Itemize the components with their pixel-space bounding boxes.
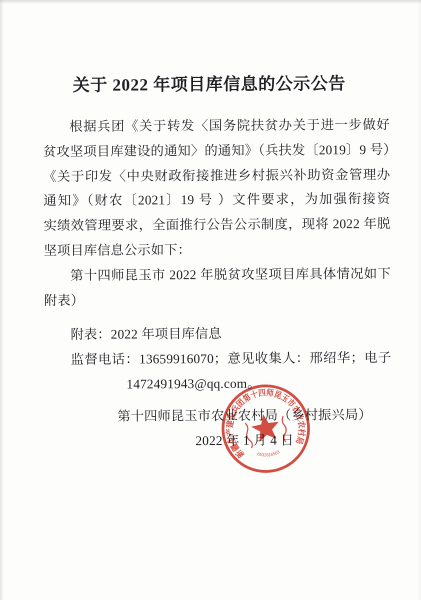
paragraph1-line: 贫攻坚项目库建设的通知〉的通知》（兵扶发〔2019〕9 号）和: [43, 138, 390, 165]
attachment-line: 附表：2022 年项目库信息: [44, 321, 391, 348]
paragraph1-line: 根据兵团《关于转发〈国务院扶贫办关于进一步做好县级脱: [43, 113, 390, 140]
seal-serial-number: 6532816503: [256, 447, 281, 459]
paragraph1-line: 通知》（财农〔2021〕19 号 ）文件要求，为加强衔接资金、落: [43, 187, 390, 214]
seal-inner-script-decoration: [280, 416, 288, 442]
document-title: 关于 2022 年项目库信息的公示公告: [0, 69, 420, 97]
paragraph2-line: 第十四师昆玉市 2022 年脱贫攻坚项目库具体情况如下（见: [44, 262, 391, 289]
paragraph2-line: 附表）: [44, 286, 391, 313]
svg-text:6532816503: 6532816503: [256, 447, 281, 459]
paragraph1-line: 《关于印发〈中央财政衔接推进乡村振兴补助资金管理办法〉的: [43, 162, 390, 189]
scanned-content: 关于 2022 年项目库信息的公示公告 根据兵团《关于转发〈国务院扶贫办关于进一…: [0, 0, 421, 600]
document-page: 关于 2022 年项目库信息的公示公告 根据兵团《关于转发〈国务院扶贫办关于进一…: [0, 0, 421, 600]
official-seal: 新疆生产建设兵团第十四师昆玉市农业农村局 6532816503: [212, 375, 319, 482]
paragraph1-line: 坚项目库信息公示如下：: [44, 237, 391, 264]
contact-line: 监督电话：13659916070；意见收集人：邢绍华；电子邮箱：: [44, 346, 391, 373]
seal-inner-script-decoration: [244, 423, 252, 449]
seal-star-icon: [249, 412, 281, 443]
official-seal-graphic: 新疆生产建设兵团第十四师昆玉市农业农村局 6532816503: [212, 375, 319, 482]
paragraph1-line: 实绩效管理要求，全面推行公告公示制度，现将 2022 年脱贫攻: [43, 212, 390, 239]
